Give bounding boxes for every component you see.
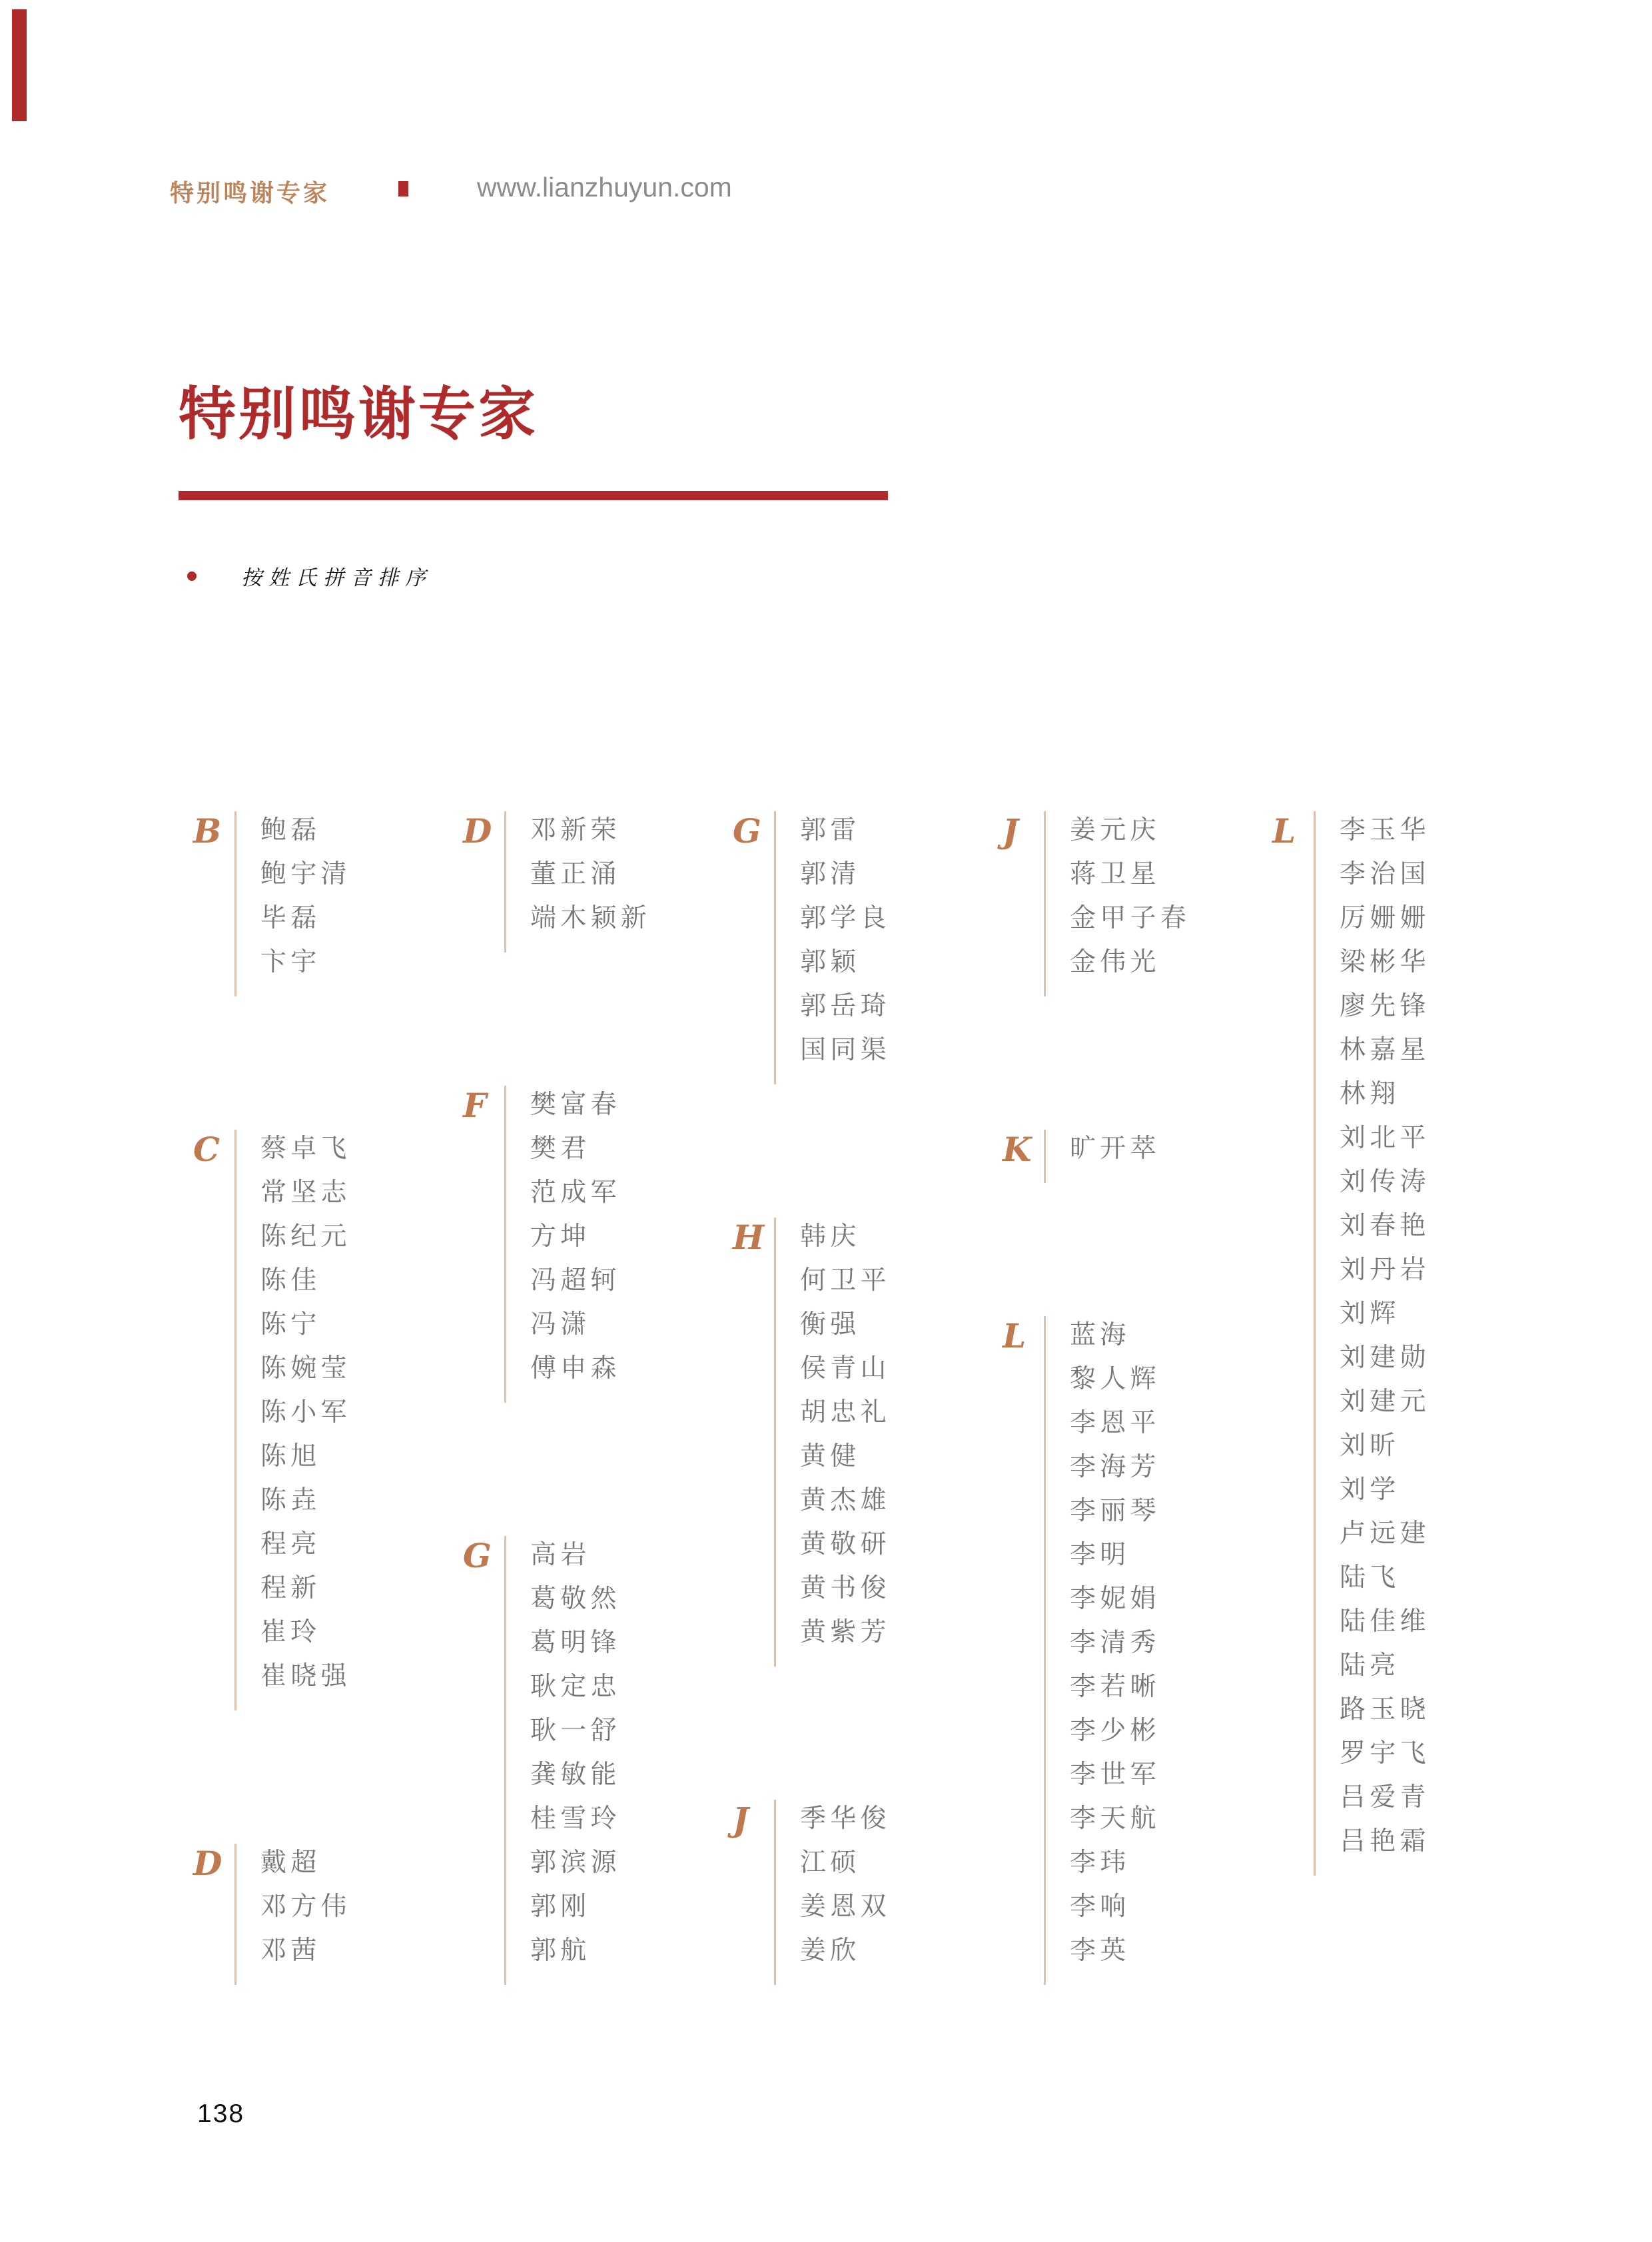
name-list: 鲍磊鲍宇清毕磊卞宇 [236,809,351,996]
expert-name: 端木颖新 [530,897,651,940]
expert-name: 陈垚 [260,1479,351,1523]
expert-name: 刘传涛 [1340,1160,1430,1204]
letter-section-G: G郭雷郭清郭学良郭颖郭岳琦国同渠 [733,809,999,1084]
expert-name: 卞宇 [260,940,351,984]
expert-name: 黄健 [800,1435,891,1479]
letter-section-B: B鲍磊鲍宇清毕磊卞宇 [193,809,460,996]
expert-name: 陈旭 [260,1435,351,1479]
name-list: 姜元庆蒋卫星金甲子春金伟光 [1046,809,1190,996]
expert-name: 刘辉 [1340,1292,1430,1336]
expert-name: 胡忠礼 [800,1391,891,1435]
expert-name: 葛明锋 [530,1621,621,1665]
expert-name: 黄敬研 [800,1523,891,1567]
expert-name: 耿一舒 [530,1709,621,1753]
directory-column-2: D邓新荣董正涌端木颖新F樊富春樊君范成军方坤冯超轲冯潇傅申森G高岩葛敬然葛明锋耿… [463,809,729,2115]
website-url: www.lianzhuyun.com [477,172,732,203]
expert-name: 郭航 [530,1929,621,1973]
running-header-brand: 特别鸣谢专家 [170,175,330,208]
section-letter: G [733,809,774,1084]
letter-section-D: D邓新荣董正涌端木颖新 [463,809,729,952]
expert-name: 李丽琴 [1070,1489,1160,1533]
expert-name: 李玮 [1070,1841,1160,1885]
red-square-icon [398,181,408,196]
letter-section-G: G高岩葛敬然葛明锋耿定忠耿一舒龚敏能桂雪玲郭滨源郭刚郭航 [463,1533,729,1985]
expert-name: 毕磊 [260,897,351,940]
expert-name: 常坚志 [260,1171,351,1215]
expert-name: 龚敏能 [530,1753,621,1797]
expert-name: 姜欣 [800,1929,891,1973]
expert-name: 陈纪元 [260,1215,351,1259]
expert-name: 董正涌 [530,853,651,897]
expert-name: 陈婉莹 [260,1347,351,1391]
section-letter: F [463,1083,504,1403]
expert-name: 郭滨源 [530,1841,621,1885]
name-list: 高岩葛敬然葛明锋耿定忠耿一舒龚敏能桂雪玲郭滨源郭刚郭航 [506,1533,621,1985]
expert-name: 金甲子春 [1070,897,1190,940]
expert-name: 郭清 [800,853,891,897]
expert-name: 程新 [260,1567,351,1611]
name-list: 旷开萃 [1046,1127,1160,1183]
expert-name: 刘建元 [1340,1380,1430,1424]
letter-section-F: F樊富春樊君范成军方坤冯超轲冯潇傅申森 [463,1083,729,1403]
expert-name: 蒋卫星 [1070,853,1190,897]
expert-name: 刘学 [1340,1468,1430,1512]
letter-section-C: C蔡卓飞常坚志陈纪元陈佳陈宁陈婉莹陈小军陈旭陈垚程亮程新崔玲崔晓强 [193,1127,460,1710]
expert-name: 林翔 [1340,1072,1430,1116]
expert-name: 姜恩双 [800,1885,891,1929]
expert-name: 林嘉星 [1340,1028,1430,1072]
expert-name: 季华俊 [800,1797,891,1841]
expert-name: 郭刚 [530,1885,621,1929]
directory-column-3: G郭雷郭清郭学良郭颖郭岳琦国同渠H韩庆何卫平衡强侯青山胡忠礼黄健黄杰雄黄敬研黄书… [733,809,999,2115]
expert-name: 邓茜 [260,1929,351,1973]
expert-name: 何卫平 [800,1259,891,1303]
expert-name: 邓方伟 [260,1885,351,1929]
expert-name: 陈小军 [260,1391,351,1435]
expert-name: 陆亮 [1340,1644,1430,1688]
expert-name: 路玉晓 [1340,1688,1430,1732]
section-letter: L [1003,1313,1044,1985]
expert-name: 陆飞 [1340,1556,1430,1600]
expert-name: 崔玲 [260,1611,351,1655]
expert-name: 黄紫芳 [800,1611,891,1655]
expert-name: 韩庆 [800,1215,891,1259]
expert-name: 国同渠 [800,1028,891,1072]
expert-name: 李明 [1070,1533,1160,1577]
expert-name: 陈宁 [260,1303,351,1347]
expert-name: 鲍宇清 [260,853,351,897]
expert-name: 侯青山 [800,1347,891,1391]
section-letter: B [193,809,234,996]
expert-name: 刘北平 [1340,1116,1430,1160]
expert-name: 刘丹岩 [1340,1248,1430,1292]
expert-name: 江硕 [800,1841,891,1885]
expert-name: 黄杰雄 [800,1479,891,1523]
expert-name: 蓝海 [1070,1313,1160,1357]
section-letter: J [733,1797,774,1985]
expert-name: 蔡卓飞 [260,1127,351,1171]
page-title: 特别鸣谢专家 [179,368,538,450]
expert-name: 郭学良 [800,897,891,940]
letter-section-L: L李玉华李治国厉姗姗梁彬华廖先锋林嘉星林翔刘北平刘传涛刘春艳刘丹岩刘辉刘建勋刘建… [1272,809,1539,1876]
section-letter: G [463,1533,504,1985]
expert-name: 李清秀 [1070,1621,1160,1665]
title-underline-rule [179,491,888,500]
letter-section-J: J季华俊江硕姜恩双姜欣 [733,1797,999,1985]
expert-name: 范成军 [530,1171,621,1215]
expert-name: 吕艳霜 [1340,1820,1430,1864]
expert-name: 吕爱青 [1340,1776,1430,1820]
expert-name: 桂雪玲 [530,1797,621,1841]
expert-name: 郭颖 [800,940,891,984]
expert-name: 葛敬然 [530,1577,621,1621]
section-letter: J [1003,809,1044,996]
expert-name: 樊君 [530,1127,621,1171]
expert-name: 罗宇飞 [1340,1732,1430,1776]
expert-name: 冯超轲 [530,1259,621,1303]
section-letter: L [1272,809,1314,1876]
expert-name: 郭岳琦 [800,984,891,1028]
expert-name: 方坤 [530,1215,621,1259]
expert-name: 陈佳 [260,1259,351,1303]
bullet-dot-icon [187,571,197,581]
section-letter: D [193,1841,234,1985]
expert-name: 李妮娟 [1070,1577,1160,1621]
expert-name: 郭雷 [800,809,891,853]
directory-column-4: J姜元庆蒋卫星金甲子春金伟光K旷开萃L蓝海黎人辉李恩平李海芳李丽琴李明李妮娟李清… [1003,809,1269,2115]
name-list: 蔡卓飞常坚志陈纪元陈佳陈宁陈婉莹陈小军陈旭陈垚程亮程新崔玲崔晓强 [236,1127,351,1710]
sort-note: 按姓氏拼音排序 [241,561,432,591]
expert-name: 廖先锋 [1340,984,1430,1028]
expert-name: 李治国 [1340,853,1430,897]
running-header: 特别鸣谢专家 www.lianzhuyun.com [0,0,1652,220]
section-letter: K [1003,1127,1044,1183]
expert-name: 李英 [1070,1929,1160,1973]
expert-name: 姜元庆 [1070,809,1190,853]
name-list: 戴超邓方伟邓茜 [236,1841,351,1985]
name-list: 樊富春樊君范成军方坤冯超轲冯潇傅申森 [506,1083,621,1403]
expert-name: 戴超 [260,1841,351,1885]
expert-name: 高岩 [530,1533,621,1577]
section-letter: D [463,809,504,952]
expert-name: 程亮 [260,1523,351,1567]
expert-name: 李天航 [1070,1797,1160,1841]
document-page: 特别鸣谢专家 www.lianzhuyun.com 特别鸣谢专家 按姓氏拼音排序… [0,0,1652,2242]
letter-section-L: L蓝海黎人辉李恩平李海芳李丽琴李明李妮娟李清秀李若晰李少彬李世军李天航李玮李响李… [1003,1313,1269,1985]
expert-name: 邓新荣 [530,809,651,853]
expert-name: 旷开萃 [1070,1127,1160,1171]
name-list: 蓝海黎人辉李恩平李海芳李丽琴李明李妮娟李清秀李若晰李少彬李世军李天航李玮李响李英 [1046,1313,1160,1985]
letter-section-J: J姜元庆蒋卫星金甲子春金伟光 [1003,809,1269,996]
name-list: 李玉华李治国厉姗姗梁彬华廖先锋林嘉星林翔刘北平刘传涛刘春艳刘丹岩刘辉刘建勋刘建元… [1316,809,1430,1876]
expert-name: 黎人辉 [1070,1357,1160,1401]
name-list: 季华俊江硕姜恩双姜欣 [776,1797,891,1985]
expert-name: 李世军 [1070,1753,1160,1797]
expert-name: 崔晓强 [260,1655,351,1698]
expert-name: 李玉华 [1340,809,1430,853]
letter-section-D: D戴超邓方伟邓茜 [193,1841,460,1985]
name-list: 韩庆何卫平衡强侯青山胡忠礼黄健黄杰雄黄敬研黄书俊黄紫芳 [776,1215,891,1667]
name-list: 邓新荣董正涌端木颖新 [506,809,651,952]
page-number: 138 [197,2099,244,2129]
expert-name: 衡强 [800,1303,891,1347]
expert-name: 樊富春 [530,1083,621,1127]
letter-section-K: K旷开萃 [1003,1127,1269,1183]
expert-name: 李海芳 [1070,1445,1160,1489]
expert-name: 厉姗姗 [1340,897,1430,940]
expert-name: 耿定忠 [530,1665,621,1709]
expert-name: 刘昕 [1340,1424,1430,1468]
expert-name: 鲍磊 [260,809,351,853]
name-list: 郭雷郭清郭学良郭颖郭岳琦国同渠 [776,809,891,1084]
expert-name: 李恩平 [1070,1401,1160,1445]
expert-name: 李若晰 [1070,1665,1160,1709]
expert-name: 刘建勋 [1340,1336,1430,1380]
expert-name: 冯潇 [530,1303,621,1347]
expert-name: 刘春艳 [1340,1204,1430,1248]
directory-column-1: B鲍磊鲍宇清毕磊卞宇C蔡卓飞常坚志陈纪元陈佳陈宁陈婉莹陈小军陈旭陈垚程亮程新崔玲… [193,809,460,2115]
expert-name: 傅申森 [530,1347,621,1391]
letter-section-H: H韩庆何卫平衡强侯青山胡忠礼黄健黄杰雄黄敬研黄书俊黄紫芳 [733,1215,999,1667]
expert-name: 金伟光 [1070,940,1190,984]
expert-name: 黄书俊 [800,1567,891,1611]
directory-column-5: L李玉华李治国厉姗姗梁彬华廖先锋林嘉星林翔刘北平刘传涛刘春艳刘丹岩刘辉刘建勋刘建… [1272,809,1539,2006]
expert-name: 梁彬华 [1340,940,1430,984]
expert-name: 卢远建 [1340,1512,1430,1556]
section-letter: C [193,1127,234,1710]
expert-name: 李少彬 [1070,1709,1160,1753]
section-letter: H [733,1215,774,1667]
expert-name: 李响 [1070,1885,1160,1929]
expert-name: 陆佳维 [1340,1600,1430,1644]
